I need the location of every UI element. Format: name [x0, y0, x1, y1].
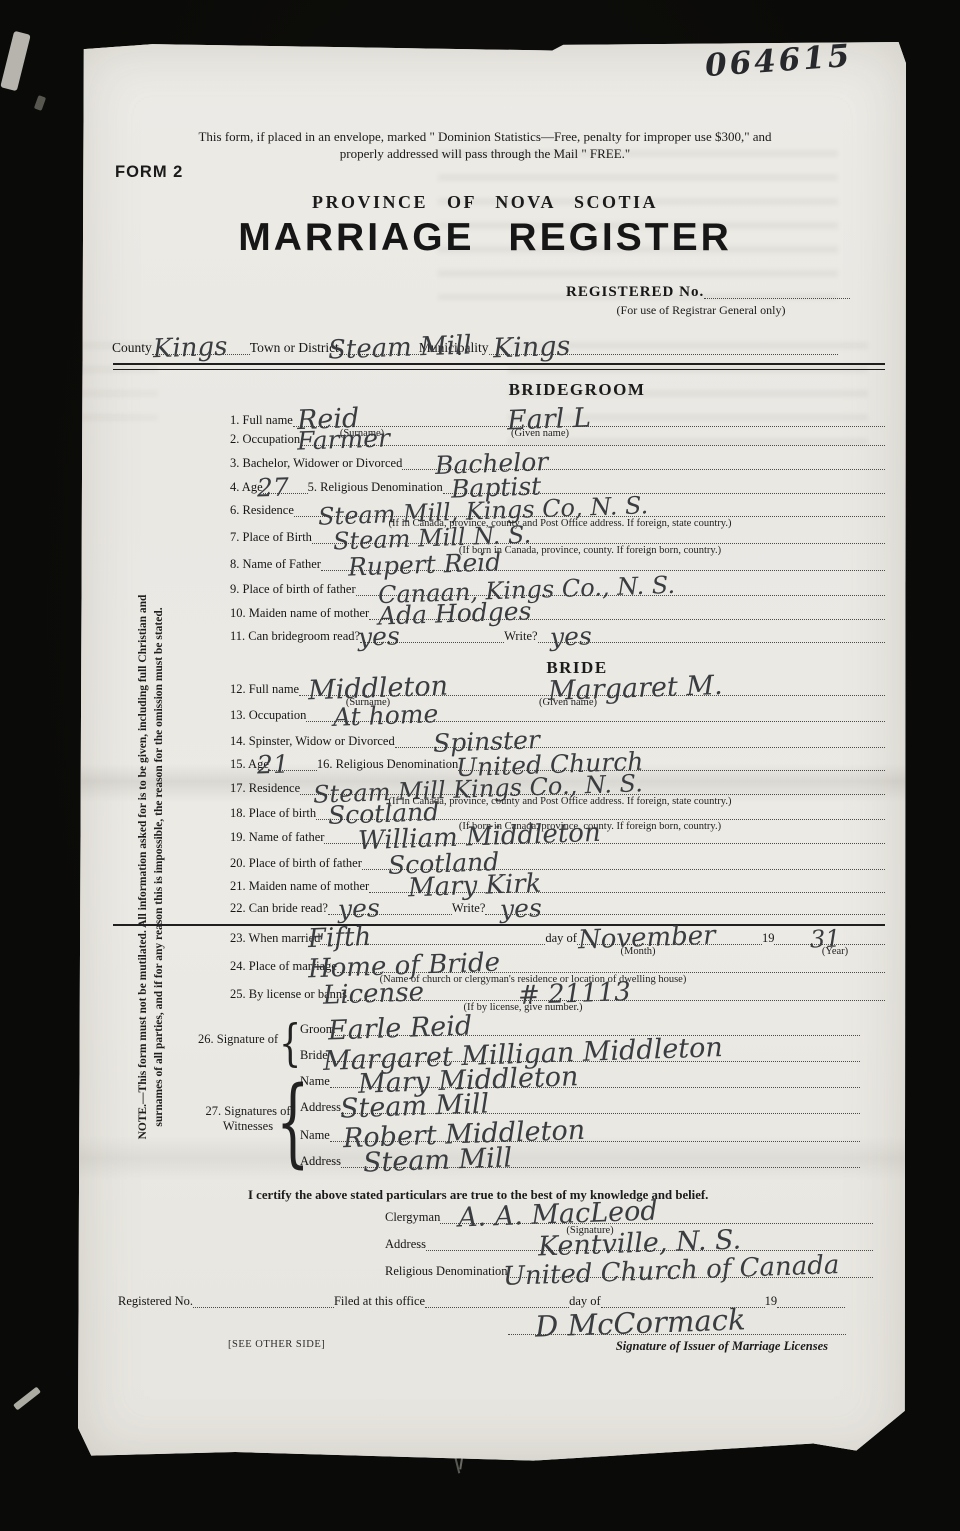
witness-name-label: Name: [300, 1128, 330, 1142]
province-heading: PROVINCE OF NOVA SCOTIA: [78, 192, 892, 213]
form-number-label: FORM 2: [115, 163, 183, 182]
field-label: 13. Occupation: [230, 708, 306, 722]
double-rule: [113, 363, 885, 370]
field-label: 12. Full name: [230, 682, 299, 696]
document-number-handwritten: 064615: [704, 41, 853, 82]
mail-note-line1: This form, if placed in an envelope, mar…: [78, 128, 892, 145]
clergyman-signature-handwritten: A. A. MacLeod: [458, 1198, 658, 1232]
day-of-label: day of: [569, 1294, 601, 1308]
field-label: 3. Bachelor, Widower or Divorced: [230, 456, 402, 470]
scan-debris: [0, 31, 31, 91]
groom-father-row: 8. Name of Father Rupert Reid: [230, 554, 885, 571]
bride-age-handwritten: 21: [257, 751, 290, 777]
clergyman-address-label: Address: [385, 1237, 426, 1251]
marriage-register-document: 064615 This form, if placed in an envelo…: [78, 42, 906, 1462]
bride-signature-row: Bride Margaret Milligan Middleton: [300, 1045, 860, 1062]
bride-father-row: 19. Name of father William Middleton: [230, 827, 885, 844]
groom-residence-row: 6. Residence Steam Mill, Kings Co, N. S.…: [230, 500, 885, 517]
bride-full-name-row: 12. Full name Middleton Margaret M. (Sur…: [230, 679, 885, 696]
mail-instruction-note: This form, if placed in an envelope, mar…: [78, 128, 892, 162]
registered-no-label: REGISTERED No.: [566, 285, 704, 299]
bride-status-row: 14. Spinster, Widow or Divorced Spinster: [230, 731, 885, 748]
field-label: 1. Full name: [230, 413, 293, 427]
witness1-address-handwritten: Steam Mill: [340, 1090, 490, 1122]
bride-age-denomination-row: 15. Age 16. Religious Denomination 21 Un…: [230, 754, 885, 771]
groom-status-row: 3. Bachelor, Widower or Divorced Bachelo…: [230, 453, 885, 470]
dotted-line: [485, 897, 885, 915]
see-other-side-note: [SEE OTHER SIDE]: [228, 1339, 325, 1350]
write-label: Write?: [452, 901, 486, 915]
field-label: 2. Occupation: [230, 432, 300, 446]
clergyman-denomination-label: Religious Denomination: [385, 1264, 508, 1278]
signature-brace: {: [279, 1014, 301, 1072]
field-label: 9. Place of birth of father: [230, 582, 356, 596]
day-of-label: day of: [545, 931, 577, 945]
clergyman-row: Clergyman A. A. MacLeod (Signature): [385, 1207, 873, 1224]
scan-debris: [34, 95, 46, 111]
bride-father-birthplace-row: 20. Place of birth of father Scotland: [230, 853, 885, 870]
witness2-address-handwritten: Steam Mill: [363, 1144, 513, 1176]
place-of-marriage-row: 24. Place of marriage Home of Bride (Nam…: [230, 956, 885, 973]
field-label: 21. Maiden name of mother: [230, 879, 369, 893]
license-caption: (If by license, give number.): [464, 1002, 583, 1013]
location-row: County Town or District Municipality Kin…: [112, 338, 838, 355]
dotted-line: [704, 281, 850, 299]
town-district-label: Town or District: [250, 341, 339, 355]
bridegroom-section-heading: BRIDEGROOM: [248, 380, 906, 400]
field-label: 11. Can bridegroom read?: [230, 629, 360, 643]
bride-residence-row: 17. Residence Steam Mill Kings Co., N. S…: [230, 778, 885, 795]
license-row: 25. By license or banns License # 21113 …: [230, 984, 885, 1001]
document-title: MARRIAGE REGISTER: [78, 216, 892, 260]
write-label: Write?: [504, 629, 538, 643]
issuer-signature-caption: Signature of Issuer of Marriage Licenses: [616, 1339, 828, 1354]
margin-note-vertical: NOTE.—This form must not be mutilated. A…: [136, 544, 172, 1190]
county-label: County: [112, 341, 152, 355]
groom-mother-row: 10. Maiden name of mother Ada Hodges: [230, 603, 885, 620]
filed-label: Filed at this office: [334, 1294, 425, 1308]
groom-signature-handwritten: Earle Reid: [328, 1012, 473, 1044]
field-label: 14. Spinster, Widow or Divorced: [230, 734, 395, 748]
groom-father-handwritten: Rupert Reid: [348, 549, 502, 579]
scan-debris: [13, 1387, 41, 1411]
groom-signature-row: Groom Earle Reid: [300, 1019, 860, 1036]
municipality-value-handwritten: Kings: [493, 333, 571, 363]
groom-occupation-row: 2. Occupation Farmer: [230, 429, 885, 446]
field-label: 5. Religious Denomination: [308, 480, 443, 494]
county-value-handwritten: Kings: [153, 334, 228, 363]
scan-background: 064615 This form, if placed in an envelo…: [0, 0, 960, 1531]
bride-occupation-handwritten: At home: [333, 701, 439, 730]
dotted-line: [193, 1290, 334, 1308]
witness-address-label: Address: [300, 1154, 341, 1168]
field-label: 8. Name of Father: [230, 557, 321, 571]
section-rule: [113, 924, 885, 926]
witness2-address-row: Address Steam Mill: [300, 1151, 860, 1168]
bride-mother-row: 21. Maiden name of mother Mary Kirk: [230, 876, 885, 893]
margin-note-line1: NOTE.—This form must not be mutilated. A…: [136, 544, 152, 1190]
witness1-name-row: Name Mary Middleton: [300, 1071, 860, 1088]
field-label: 16. Religious Denomination: [317, 757, 458, 771]
bride-literacy-row: 22. Can bride read? Write? yes yes: [230, 898, 885, 915]
year-prefix-label: 19: [765, 1294, 778, 1308]
registered-no-row: REGISTERED No.: [566, 282, 850, 299]
year-prefix-label: 19: [762, 931, 775, 945]
witness-address-label: Address: [300, 1100, 341, 1114]
groom-can-write-handwritten: yes: [550, 623, 593, 649]
issuer-signature-handwritten: D McCormack: [535, 1305, 746, 1341]
witness-name-label: Name: [300, 1074, 330, 1088]
groom-can-read-handwritten: yes: [358, 623, 401, 649]
witness2-name-row: Name Robert Middleton: [300, 1125, 860, 1142]
field-label: 20. Place of birth of father: [230, 856, 362, 870]
field-label: 17. Residence: [230, 781, 300, 795]
field-label: 7. Place of Birth: [230, 530, 312, 544]
dotted-line: [425, 1290, 569, 1308]
town-district-value-handwritten: Steam Mill: [328, 333, 472, 364]
clergyman-label: Clergyman: [385, 1210, 440, 1224]
when-married-row: 23. When married day of 19 Fifth Novembe…: [230, 928, 885, 945]
registered-no-label: Registered No.: [118, 1294, 193, 1308]
groom-occupation-handwritten: Farmer: [297, 425, 391, 453]
marriage-day-handwritten: Fifth: [308, 924, 372, 952]
groom-birthplace-row: 7. Place of Birth Steam Mill N. S. (If b…: [230, 527, 885, 544]
groom-full-name-row: 1. Full name Reid Earl L (Surname) (Give…: [230, 410, 885, 427]
field-label: 22. Can bride read?: [230, 901, 328, 915]
groom-age-handwritten: 27: [257, 474, 290, 500]
clergyman-denomination-row: Religious Denomination United Church of …: [385, 1261, 873, 1278]
field-label: 6. Residence: [230, 503, 294, 517]
registrar-general-caption: (For use of Registrar General only): [617, 303, 786, 318]
groom-age-denomination-row: 4. Age 5. Religious Denomination 27 Bapt…: [230, 477, 885, 494]
field-label: 18. Place of birth: [230, 806, 316, 820]
issuer-signature-row: D McCormack: [508, 1318, 846, 1335]
bride-occupation-row: 13. Occupation At home: [230, 705, 885, 722]
bride-can-read-handwritten: yes: [338, 895, 381, 921]
bride-can-write-handwritten: yes: [500, 895, 543, 921]
witness1-address-row: Address Steam Mill: [300, 1097, 860, 1114]
bride-birthplace-row: 18. Place of birth Scotland (If born in …: [230, 803, 885, 820]
groom-father-birthplace-row: 9. Place of birth of father Canaan, King…: [230, 579, 885, 596]
dotted-line: [777, 1290, 845, 1308]
license-type-handwritten: License: [323, 979, 425, 1009]
mail-note-line2: properly addressed will pass through the…: [78, 145, 892, 162]
margin-note-line2: surnames of all parties, and if for any …: [152, 544, 168, 1190]
groom-literacy-row: 11. Can bridegroom read? Write? yes yes: [230, 626, 885, 643]
field-label: 19. Name of father: [230, 830, 324, 844]
field-label: 10. Maiden name of mother: [230, 606, 369, 620]
clergyman-address-row: Address Kentville, N. S.: [385, 1234, 873, 1251]
